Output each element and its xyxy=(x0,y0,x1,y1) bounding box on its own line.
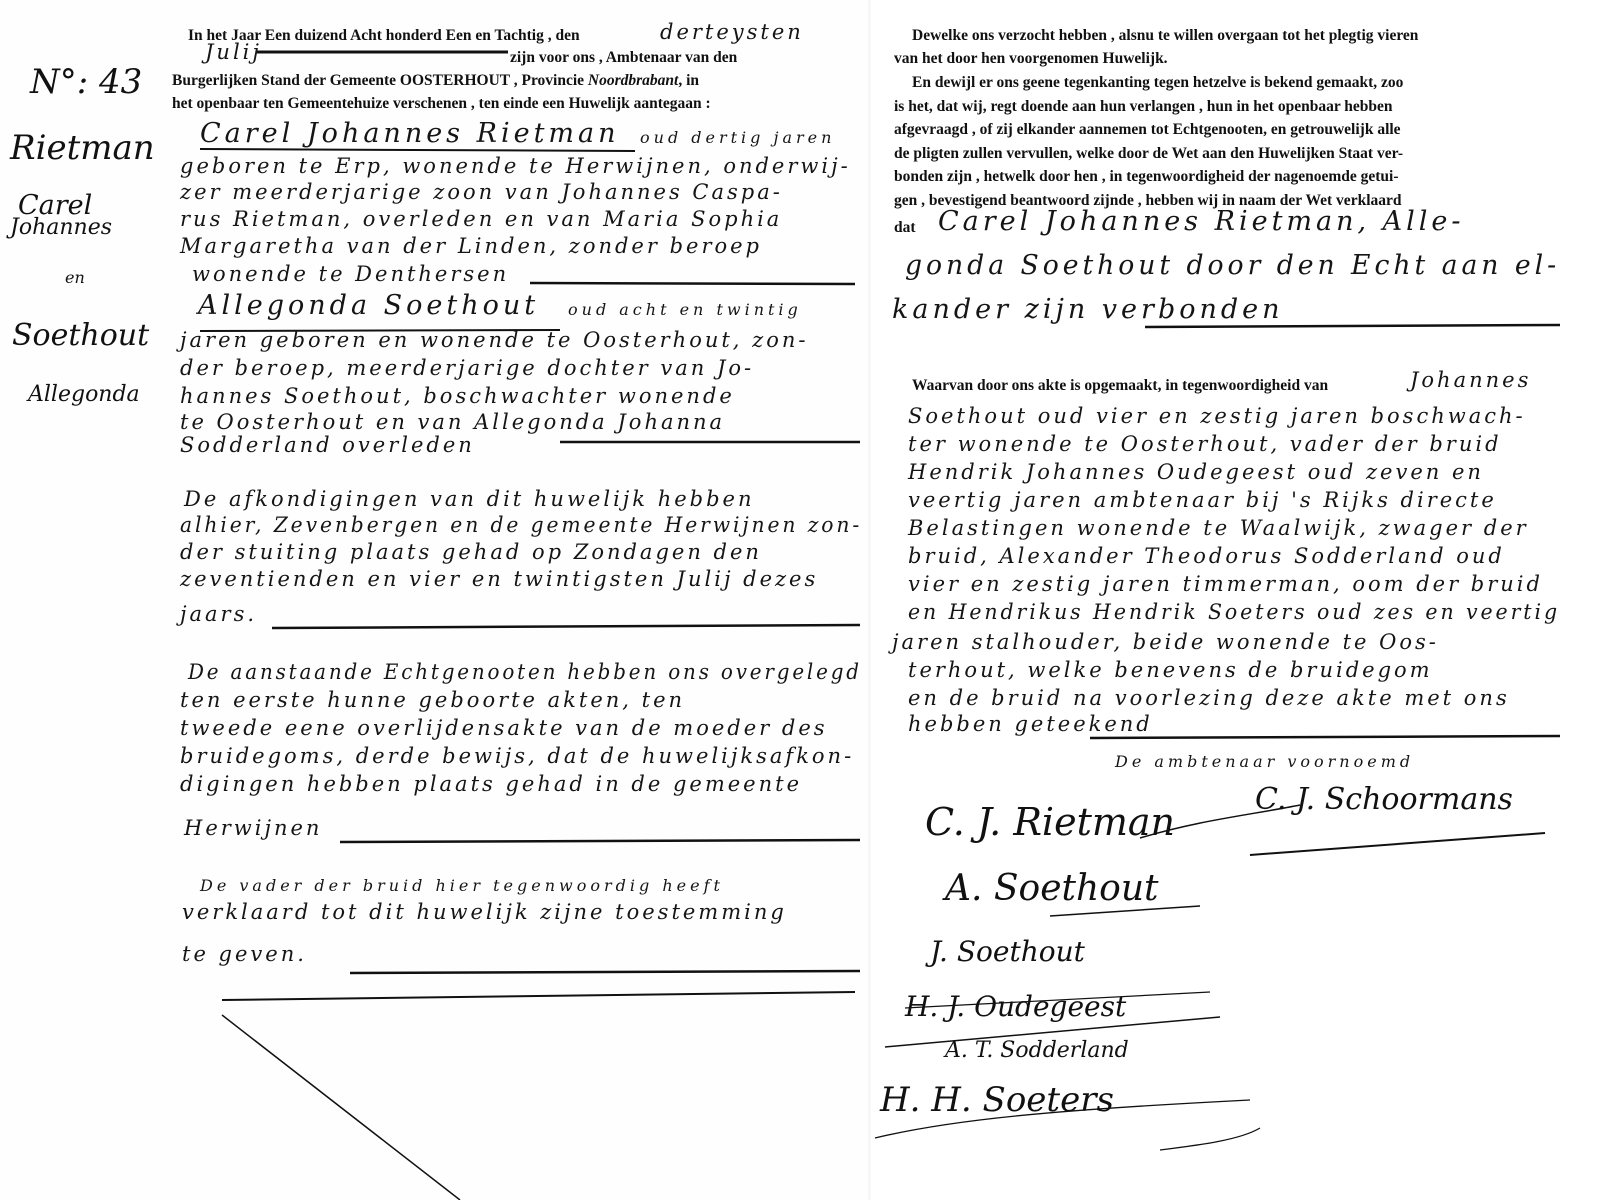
bride-line-3: der beroep, meerderjarige dochter van Jo… xyxy=(180,356,754,380)
declaration-line-6: de pligten zullen vervullen, welke door … xyxy=(894,142,1403,165)
groom-name: Carel Johannes Rietman xyxy=(200,118,620,149)
witness-line-6: Belastingen wonende te Waalwijk, zwager … xyxy=(908,516,1529,540)
margin-firstname-groom-2: Johannes xyxy=(10,215,112,240)
record-number: N°: 43 xyxy=(30,62,142,102)
signature-witness-3: A. T. Sodderland xyxy=(945,1038,1129,1063)
consent-line-2: verklaard tot dit huwelijk zijne toestem… xyxy=(182,900,787,924)
witness-line-8: vier en zestig jaren timmerman, oom der … xyxy=(908,572,1543,596)
consent-line-1: De vader der bruid hier tegenwoordig hee… xyxy=(200,876,724,895)
witness-line-9: en Hendrikus Hendrik Soeters oud zes en … xyxy=(908,600,1560,624)
groom-line-5: Margaretha van der Linden, zonder beroep xyxy=(180,234,762,258)
signature-witness-2: H. J. Oudegeest xyxy=(905,990,1126,1023)
signature-groom: C. J. Rietman xyxy=(925,800,1175,844)
documents-line-1: De aanstaande Echtgenooten hebben ons ov… xyxy=(188,660,862,684)
bride-name: Allegonda Soethout xyxy=(198,290,539,321)
signature-witness-1: J. Soethout xyxy=(930,935,1085,968)
closing-official: De ambtenaar voornoemd xyxy=(1115,752,1414,771)
signature-official: C. J. Schoormans xyxy=(1255,782,1513,817)
documents-line-2: ten eerste hunne geboorte akten, ten xyxy=(180,688,685,712)
proclamation-line-1: De afkondigingen van dit huwelijk hebben xyxy=(184,487,755,511)
declaration-line-4: is het, dat wij, regt doende aan hun ver… xyxy=(894,95,1393,118)
page-fold xyxy=(868,0,871,1200)
declaration-line-7: bonden zijn , hetwelk door hen , in tege… xyxy=(894,165,1399,188)
witness-line-2: Soethout oud vier en zestig jaren boschw… xyxy=(908,404,1526,428)
declaration-word-dat: dat xyxy=(894,216,916,239)
consent-line-3: te geven. xyxy=(182,942,307,966)
declaration-line-5: afgevraagd , of zij elkander aannemen to… xyxy=(894,118,1401,141)
witness-line-10: jaren stalhouder, beide wonende te Oos- xyxy=(892,630,1439,654)
documents-line-6: Herwijnen xyxy=(184,816,322,840)
signature-witness-4: H. H. Soeters xyxy=(880,1080,1114,1120)
witness-line-5: veertig jaren ambtenaar bij 's Rijks dir… xyxy=(908,488,1497,512)
proclamation-line-3: der stuiting plaats gehad op Zondagen de… xyxy=(180,540,762,564)
declaration-names-line-3: kander zijn verbonden xyxy=(892,294,1284,325)
groom-line-2: geboren te Erp, wonende te Herwijnen, on… xyxy=(180,154,851,178)
declaration-line-2: van het door hen voorgenomen Huwelijk. xyxy=(894,47,1168,70)
witness-line-7: bruid, Alexander Theodorus Sodderland ou… xyxy=(908,544,1505,568)
declaration-line-1: Dewelke ons verzocht hebben , alsnu te w… xyxy=(912,24,1418,47)
province-name: Noordbrabant xyxy=(588,72,678,89)
proclamation-line-2: alhier, Zevenbergen en de gemeente Herwi… xyxy=(180,513,862,537)
declaration-names-line-2: gonda Soethout door den Echt aan el- xyxy=(905,250,1560,281)
margin-firstname-bride: Allegonda xyxy=(28,382,140,407)
margin-surname-bride: Soethout xyxy=(12,318,149,353)
witness-line-13: hebben geteekend xyxy=(908,712,1153,736)
groom-line-4: rus Rietman, overleden en van Maria Soph… xyxy=(180,207,782,231)
proclamation-line-4: zeventienden en vier en twintigsten Juli… xyxy=(180,567,818,591)
date-month: Julij xyxy=(205,40,262,64)
signature-bride: A. Soethout xyxy=(945,868,1159,909)
declaration-line-3: En dewijl er ons geene tegenkanting tege… xyxy=(912,71,1403,94)
bride-line-5: te Oosterhout en van Allegonda Johanna xyxy=(180,410,725,434)
groom-line-6: wonende te Denthersen xyxy=(192,262,509,286)
witness-line-11: terhout, welke benevens de bruidegom xyxy=(908,658,1433,682)
declaration-names-line-1: Carel Johannes Rietman, Alle- xyxy=(938,206,1465,237)
witness-line-12: en de bruid na voorlezing deze akte met … xyxy=(908,686,1510,710)
witness-intro: Waarvan door ons akte is opgemaakt, in t… xyxy=(912,374,1328,397)
documents-line-3: tweede eene overlijdensakte van de moede… xyxy=(180,716,828,740)
witness-line-3: ter wonende te Oosterhout, vader der bru… xyxy=(908,432,1502,456)
witness-line-1: Johannes xyxy=(1410,368,1531,392)
intro-line-2: zijn voor ons , Ambtenaar van den xyxy=(510,46,737,69)
bride-line-6: Sodderland overleden xyxy=(180,433,475,457)
intro-line-4: het openbaar ten Gemeentehuize verschene… xyxy=(172,92,711,115)
date-day: derteysten xyxy=(660,20,804,44)
groom-line-3: zer meerderjarige zoon van Johannes Casp… xyxy=(180,180,783,204)
bride-line-4: hannes Soethout, boschwachter wonende xyxy=(180,384,735,408)
proclamation-line-5: jaars. xyxy=(180,602,257,626)
margin-conjunction: en xyxy=(65,268,85,287)
bride-line-2: jaren geboren en wonende te Oosterhout, … xyxy=(180,328,808,352)
intro-line-3: Burgerlijken Stand der Gemeente OOSTERHO… xyxy=(172,69,699,92)
margin-surname-groom: Rietman xyxy=(10,128,155,168)
marriage-record-page: N°: 43 Rietman Carel Johannes en Soethou… xyxy=(0,0,1600,1200)
witness-line-4: Hendrik Johannes Oudegeest oud zeven en xyxy=(908,460,1484,484)
documents-line-4: bruidegoms, derde bewijs, dat de huwelij… xyxy=(180,744,854,768)
bride-age: oud acht en twintig xyxy=(568,300,802,319)
groom-age: oud dertig jaren xyxy=(640,128,835,147)
documents-line-5: digingen hebben plaats gehad in de gemee… xyxy=(180,772,802,796)
